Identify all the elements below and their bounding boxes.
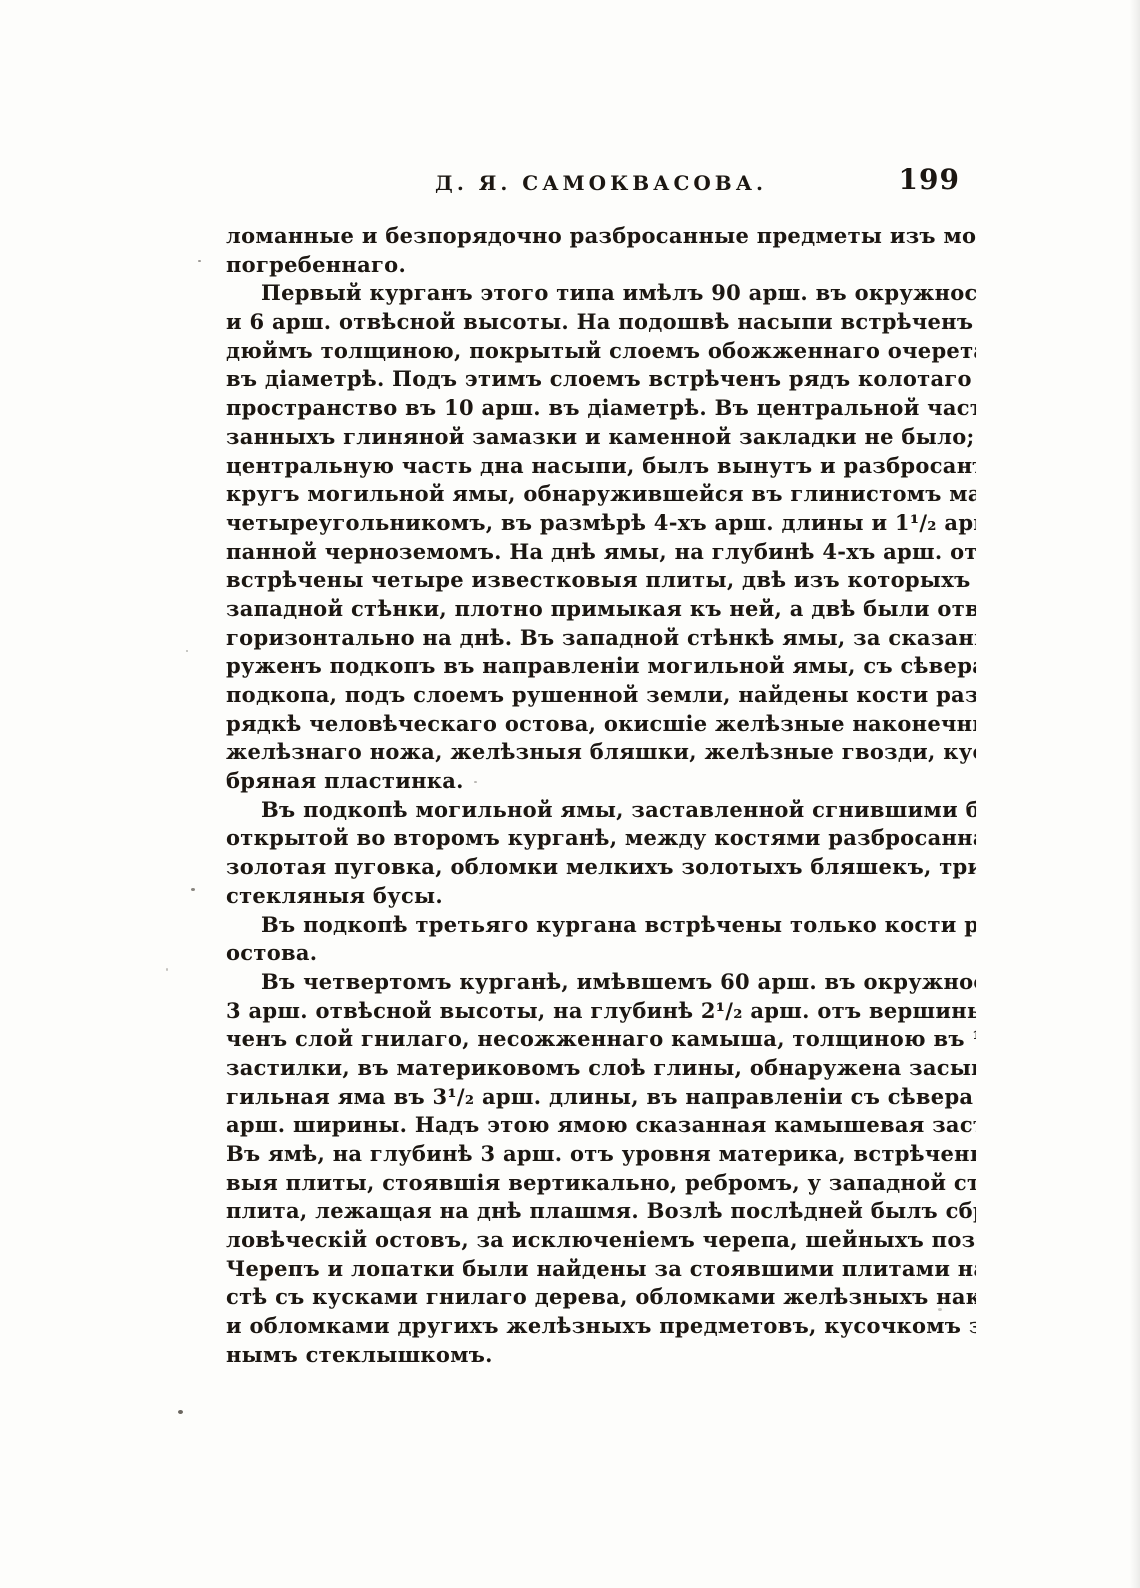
- text-line: погребеннаго.: [226, 251, 976, 280]
- text-line: ломанные и безпорядочно разбросанные пре…: [226, 222, 976, 251]
- running-head: Д. Я. САМОКВАСОВА. 199: [226, 170, 976, 200]
- text-line: остова.: [226, 939, 976, 968]
- text-line: гильная яма въ 3¹/₂ арш. длины, въ напра…: [226, 1083, 976, 1112]
- text-line: панной черноземомъ. На днѣ ямы, на глуби…: [226, 538, 976, 567]
- text-line: Въ подкопѣ могильной ямы, заставленной с…: [226, 796, 976, 825]
- text-line: западной стѣнки, плотно примыкая къ ней,…: [226, 595, 976, 624]
- text-line: стекляныя бусы.: [226, 882, 976, 911]
- running-title: Д. Я. САМОКВАСОВА.: [226, 170, 976, 196]
- scan-speckle: [166, 968, 168, 971]
- text-line: рядкѣ человѣческаго остова, окисшіе желѣ…: [226, 710, 976, 739]
- text-line: пространство въ 10 арш. въ діаметрѣ. Въ …: [226, 394, 976, 423]
- paragraph: Въ подкопѣ могильной ямы, заставленной с…: [226, 796, 976, 911]
- text-line: 3 арш. отвѣсной высоты, на глубинѣ 2¹/₂ …: [226, 997, 976, 1026]
- text-line: плита, лежащая на днѣ плашмя. Возлѣ посл…: [226, 1197, 976, 1226]
- text-line: ченъ слой гнилаго, несожженнаго камыша, …: [226, 1025, 976, 1054]
- text-line: руженъ подкопъ въ направленіи могильной …: [226, 652, 976, 681]
- text-line: арш. ширины. Надъ этою ямою сказанная ка…: [226, 1111, 976, 1140]
- text-line: Въ четвертомъ курганѣ, имѣвшемъ 60 арш. …: [226, 968, 976, 997]
- text-line: ловѣческій остовъ, за исключеніемъ череп…: [226, 1226, 976, 1255]
- text-line: центральную часть дна насыпи, былъ вынут…: [226, 452, 976, 481]
- book-page: Д. Я. САМОКВАСОВА. 199 ломанные и безпор…: [0, 0, 1140, 1588]
- scan-speckle: [178, 1410, 183, 1414]
- text-line: подкопа, подъ слоемъ рушенной земли, най…: [226, 681, 976, 710]
- paragraph: Въ четвертомъ курганѣ, имѣвшемъ 60 арш. …: [226, 968, 976, 1370]
- text-line: горизонтально на днѣ. Въ западной стѣнкѣ…: [226, 624, 976, 653]
- text-line: дюймъ толщиною, покрытый слоемъ обожженн…: [226, 337, 976, 366]
- page-number: 199: [899, 164, 960, 196]
- paragraph: ломанные и безпорядочно разбросанные пре…: [226, 222, 976, 279]
- text-line: и обломками другихъ желѣзныхъ предметовъ…: [226, 1312, 976, 1341]
- text-line: и 6 арш. отвѣсной высоты. На подошвѣ нас…: [226, 308, 976, 337]
- text-line: кругъ могильной ямы, обнаружившейся въ г…: [226, 480, 976, 509]
- text-line: Въ ямѣ, на глубинѣ 3 арш. отъ уровня мат…: [226, 1140, 976, 1169]
- scan-speckle: [186, 650, 188, 652]
- text-line: Въ подкопѣ третьяго кургана встрѣчены то…: [226, 911, 976, 940]
- text-line: золотая пуговка, обломки мелкихъ золотых…: [226, 853, 976, 882]
- text-line: въ діаметрѣ. Подъ этимъ слоемъ встрѣченъ…: [226, 365, 976, 394]
- text-line: выя плиты, стоявшія вертикально, ребромъ…: [226, 1169, 976, 1198]
- body-text: ломанные и безпорядочно разбросанные пре…: [226, 222, 976, 1370]
- text-line: стѣ съ кусками гнилаго дерева, обломками…: [226, 1283, 976, 1312]
- text-line: бряная пластинка.: [226, 767, 976, 796]
- paragraph: Первый курганъ этого типа имѣлъ 90 арш. …: [226, 279, 976, 795]
- text-line: Черепъ и лопатки были найдены за стоявши…: [226, 1255, 976, 1284]
- text-line: застилки, въ материковомъ слоѣ глины, об…: [226, 1054, 976, 1083]
- text-line: занныхъ глиняной замазки и каменной закл…: [226, 423, 976, 452]
- text-line: желѣзнаго ножа, желѣзныя бляшки, желѣзны…: [226, 738, 976, 767]
- paragraph: Въ подкопѣ третьяго кургана встрѣчены то…: [226, 911, 976, 968]
- text-line: нымъ стеклышкомъ.: [226, 1341, 976, 1370]
- text-line: встрѣчены четыре известковыя плиты, двѣ …: [226, 566, 976, 595]
- text-line: Первый курганъ этого типа имѣлъ 90 арш. …: [226, 279, 976, 308]
- scan-speckle: [191, 888, 195, 891]
- scan-speckle: [198, 260, 201, 262]
- text-line: открытой во второмъ курганѣ, между костя…: [226, 824, 976, 853]
- text-line: четыреугольникомъ, въ размѣрѣ 4-хъ арш. …: [226, 509, 976, 538]
